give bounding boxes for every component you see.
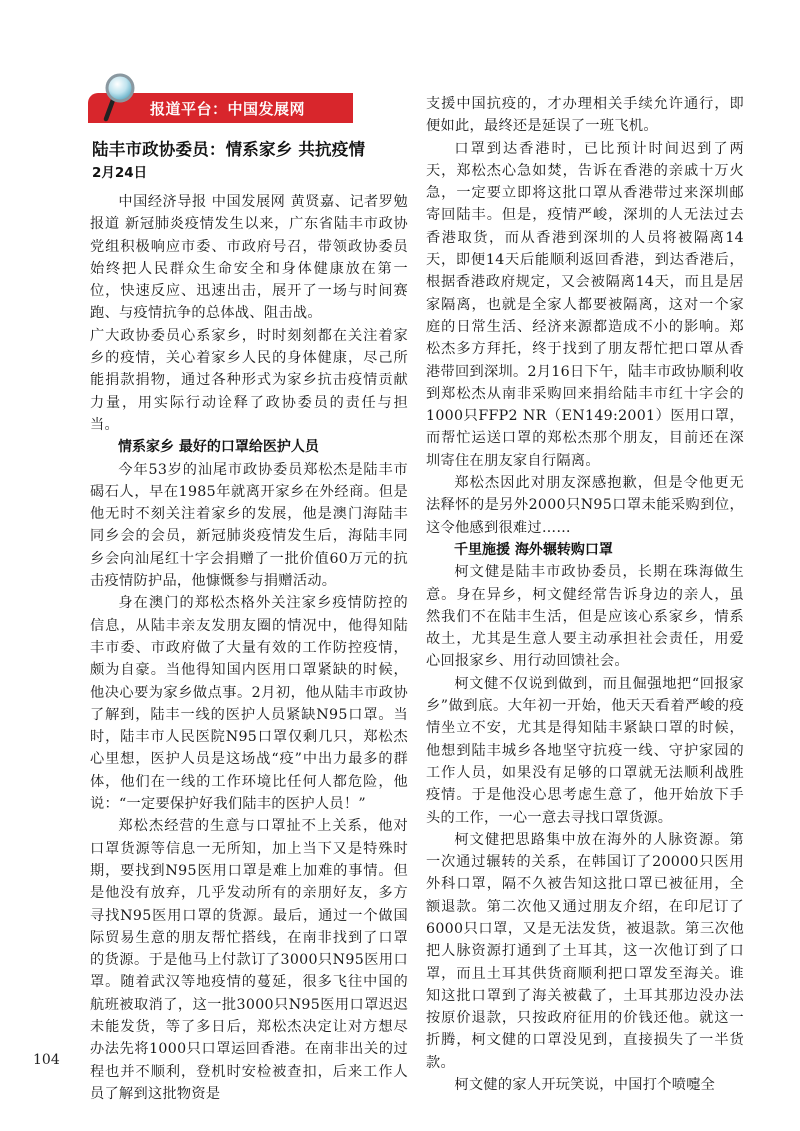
- section-heading: 千里施援 海外辗转购口罩: [426, 539, 744, 561]
- paragraph: 柯文健把思路集中放在海外的人脉资源。第一次通过辗转的关系，在韩国订了20000只…: [426, 829, 744, 1074]
- platform-label: 报道平台：中国发展网: [150, 98, 305, 119]
- article-title: 陆丰市政协委员：情系家乡 共抗疫情: [92, 136, 365, 160]
- paragraph: 中国经济导报 中国发展网 黄贤嘉、记者罗勉报道 新冠肺炎疫情发生以来，广东省陆丰…: [90, 191, 408, 325]
- paragraph: 今年53岁的汕尾市政协委员郑松杰是陆丰市碣石人，早在1985年就离开家乡在外经商…: [90, 459, 408, 593]
- paragraph: 柯文健的家人开玩笑说，中国打个喷嚏全: [426, 1074, 744, 1096]
- paragraph: 支援中国抗疫的，才办理相关手续允许通行，即便如此，最终还是延误了一班飞机。: [426, 93, 744, 138]
- paragraph: 郑松杰因此对朋友深感抱歉，但是令他更无法释怀的是另外2000只N95口罩未能采购…: [426, 472, 744, 539]
- right-column: 支援中国抗疫的，才办理相关手续允许通行，即便如此，最终还是延误了一班飞机。 口罩…: [426, 93, 744, 1096]
- section-heading: 情系家乡 最好的口罩给医护人员: [90, 436, 408, 458]
- paragraph: 身在澳门的郑松杰格外关注家乡疫情防控的信息，从陆丰亲友发朋友圈的情况中，他得知陆…: [90, 592, 408, 815]
- paragraph: 柯文健不仅说到做到，而且倔强地把“回报家乡”做到底。大年初一开始，他天天看着严峻…: [426, 673, 744, 829]
- page-number: 104: [33, 1052, 60, 1068]
- magnifier-icon: [100, 72, 140, 122]
- paragraph: 郑松杰经营的生意与口罩扯不上关系，他对口罩货源等信息一无所知，加上当下又是特殊时…: [90, 815, 408, 1105]
- paragraph: 口罩到达香港时，已比预计时间迟到了两天，郑松杰心急如焚，告诉在香港的亲戚十万火急…: [426, 138, 744, 472]
- paragraph: 广大政协委员心系家乡，时时刻刻都在关注着家乡的疫情，关心着家乡人民的身体健康，尽…: [90, 325, 408, 436]
- article-date: 2月24日: [92, 161, 147, 181]
- left-column: 中国经济导报 中国发展网 黄贤嘉、记者罗勉报道 新冠肺炎疫情发生以来，广东省陆丰…: [90, 191, 408, 1105]
- paragraph: 柯文健是陆丰市政协委员，长期在珠海做生意。身在异乡，柯文健经常告诉身边的亲人，虽…: [426, 561, 744, 672]
